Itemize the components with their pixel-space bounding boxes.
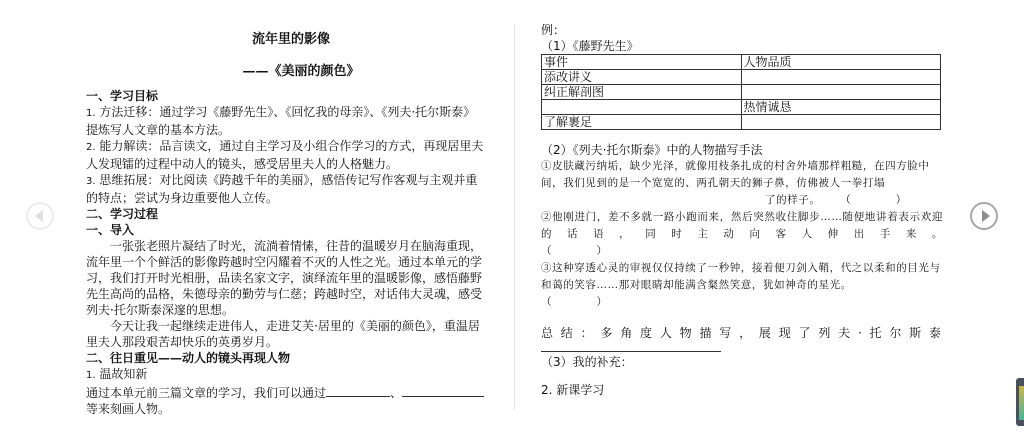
events-table: 事件 人物品质 添改讲义 纠正解剖图 热情诚恳 了解裹足	[541, 54, 941, 130]
section-heading-goals: 一、学习目标	[86, 88, 486, 104]
review-label: 1. 温故知新	[86, 366, 486, 384]
goal-item: 2. 能力解读：品言读文，通过自主学习及小组合作学习的方式，再现居里夫人发现镭的…	[86, 138, 486, 172]
quote-1: ①皮肤藏污纳垢，缺少光泽，就像用枝条扎成的村舍外墙那样粗糙，在四方脸中间，我们见…	[541, 158, 943, 192]
table-header-row: 事件 人物品质	[542, 55, 941, 70]
quote-1-tail: 了的样子。 （ ）	[541, 192, 943, 209]
intro-paragraph: 一张张老照片凝结了时光，流淌着情愫，往昔的温暖岁月在脑海重现，流年里一个个鲜活的…	[86, 238, 486, 318]
review-text: 通过本单元前三篇文章的学习，我们可以通过、 等来刻画人物。	[86, 384, 486, 417]
item3-label: （3）我的补充：	[541, 354, 943, 370]
section-heading-process: 二、学习过程	[86, 206, 486, 222]
goal-item: 1. 方法迁移：通过学习《藤野先生》、《回忆我的母亲》、《列夫·托尔斯泰》提炼写…	[86, 104, 486, 138]
summary-blank[interactable]	[541, 341, 721, 352]
answer-paren[interactable]: （ ）	[541, 294, 943, 311]
play-right-icon	[982, 210, 990, 222]
example-label: 例：	[541, 22, 943, 38]
quote-2: ②他刚进门，差不多就一路小跑而来，然后突然收住脚步……随便地讲着表示欢迎的话语，…	[541, 209, 943, 243]
table-row: 纠正解剖图	[542, 85, 941, 100]
table-cell: 了解裹足	[542, 115, 742, 130]
widget-gradient-icon	[1019, 386, 1024, 420]
table-cell	[542, 100, 742, 115]
table-cell: 热情诚恳	[741, 100, 941, 115]
table-header-cell: 人物品质	[741, 55, 941, 70]
prev-page-button[interactable]	[26, 202, 54, 230]
section-heading-part2: 二、往日重见——动人的镜头再现人物	[86, 350, 486, 366]
intro-paragraph: 今天让我一起继续走进伟人，走进艾芙·居里的《美丽的颜色》，重温居里夫人那段艰苦却…	[86, 318, 486, 350]
table-cell: 添改讲义	[542, 70, 742, 85]
goal-item: 3. 思维拓展：对比阅读《跨越千年的美丽》，感悟传记写作客观与主观并重的特点；尝…	[86, 172, 486, 206]
document-subtitle: ——《美丽的颜色》	[86, 64, 486, 80]
side-widget[interactable]	[1016, 378, 1024, 426]
table-row: 了解裹足	[542, 115, 941, 130]
fill-blank[interactable]	[326, 384, 390, 397]
next-page-button[interactable]	[970, 202, 998, 230]
fill-blank[interactable]	[402, 384, 484, 397]
section-heading-intro: 一、导入	[86, 222, 486, 238]
table-row: 热情诚恳	[542, 100, 941, 115]
item2-label: （2）《列夫·托尔斯泰》中的人物描写手法	[541, 142, 943, 158]
page-divider	[514, 24, 515, 410]
document-title: 流年里的影像	[86, 32, 486, 48]
quote-3: ③这种穿透心灵的审视仅仅持续了一秒钟，接着便刀剑入鞘，代之以柔和的目光与和蔼的笑…	[541, 260, 943, 294]
item1-label: （1）《藤野先生》	[541, 38, 943, 54]
answer-paren[interactable]: （ ）	[541, 243, 943, 260]
table-row: 添改讲义	[542, 70, 941, 85]
summary-text: 总结：多角度人物描写，展现了列夫·托尔斯泰	[541, 325, 943, 341]
answer-paren[interactable]: （ ）	[840, 194, 907, 206]
new-lesson-label: 2. 新课学习	[541, 382, 943, 398]
left-page: 流年里的影像 ——《美丽的颜色》 一、学习目标 1. 方法迁移：通过学习《藤野先…	[86, 26, 486, 417]
table-header-cell: 事件	[542, 55, 742, 70]
right-page: 例： （1）《藤野先生》 事件 人物品质 添改讲义 纠正解剖图 热情诚恳 了解裹…	[541, 22, 943, 398]
table-cell	[741, 115, 941, 130]
chevron-left-icon	[35, 210, 43, 222]
table-cell: 纠正解剖图	[542, 85, 742, 100]
table-cell	[741, 85, 941, 100]
table-cell	[741, 70, 941, 85]
